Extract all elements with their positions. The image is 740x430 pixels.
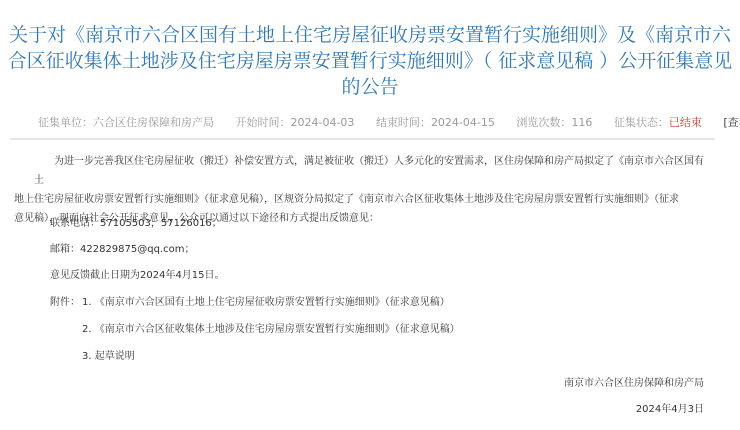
start-time-label: 开始时间： <box>236 116 291 129</box>
attachment-item-3[interactable]: 3. 起草说明 <box>82 347 135 362</box>
signature-date: 2024年4月3日 <box>636 400 704 415</box>
status-label: 征集状态： <box>614 116 669 129</box>
intro-line-1: 为进一步完善我区住宅房屋征收（搬迁）补偿安置方式，满足被征收（搬迁）人多元化的安… <box>34 156 704 186</box>
start-time: 开始时间：2024-04-03 <box>236 116 355 129</box>
collecting-unit-label: 征集单位： <box>38 116 93 129</box>
end-time-label: 结束时间： <box>376 116 431 129</box>
attachment-item-2[interactable]: 2. 《南京市六合区征收集体土地涉及住宅房屋房票安置暂行实施细则》（征求意见稿） <box>82 320 460 335</box>
contact-phone: 联系电话：57105503，57126016； <box>50 214 222 229</box>
attachments-label: 附件： <box>50 293 80 308</box>
title-line-2: 合区征收集体土地涉及住宅房屋房票安置暂行实施细则》（ 征求意见稿 ）公开征集意见 <box>0 48 740 74</box>
notice-meta-bar: 征集单位：六合区住房保障和房产局 开始时间：2024-04-03 结束时间：20… <box>38 114 718 130</box>
title-line-1: 关于对《南京市六合区国有土地上住宅房屋征收房票安置暂行实施细则》及《南京市六 <box>0 22 740 48</box>
view-count-value: 116 <box>571 116 592 129</box>
view-feedback-link[interactable]: [查看反馈] <box>723 116 740 129</box>
status-badge: 已结束 <box>669 116 702 129</box>
title-line-3: 的公告 <box>0 74 740 100</box>
intro-line-2: 地上住宅房屋征收房票安置暂行实施细则》（征求意见稿），区规资分局拟定了《南京市六… <box>14 194 679 205</box>
collecting-unit-value: 六合区住房保障和房产局 <box>93 116 214 129</box>
end-time: 结束时间：2024-04-15 <box>376 116 495 129</box>
feedback-deadline: 意见反馈截止日期为2024年4月15日。 <box>50 266 225 281</box>
signature-org: 南京市六合区住房保障和房产局 <box>564 374 704 389</box>
view-count-label: 浏览次数： <box>516 116 571 129</box>
attachment-item-1[interactable]: 1. 《南京市六合区国有土地上住宅房屋征收房票安置暂行实施细则》（征求意见稿） <box>82 293 450 308</box>
view-count: 浏览次数：116 <box>516 116 592 129</box>
end-time-value: 2024-04-15 <box>431 116 495 129</box>
contact-email: 邮箱：422829875@qq.com； <box>50 240 195 255</box>
collecting-unit: 征集单位：六合区住房保障和房产局 <box>38 116 214 129</box>
collection-status: 征集状态：已结束 <box>614 116 702 129</box>
header-divider <box>10 138 715 140</box>
page-title: 关于对《南京市六合区国有土地上住宅房屋征收房票安置暂行实施细则》及《南京市六 合… <box>0 22 740 100</box>
start-time-value: 2024-04-03 <box>291 116 355 129</box>
